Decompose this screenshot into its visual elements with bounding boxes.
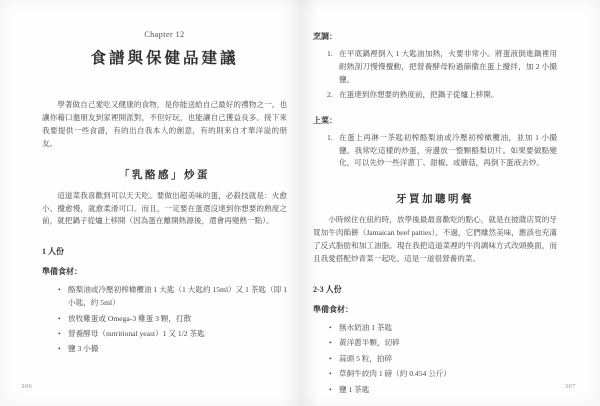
step-text: 在蛋上再淋一茶匙初榨酪梨油或冷壓初榨橄欖油，並加 1 小撮鹽。我常吃這樣的炒蛋，…: [339, 132, 557, 171]
ingredient-item: • 酪梨油或冷壓初榨橄欖油 1 大匙（1 大匙約 15ml）又 1 茶匙（即 1…: [58, 284, 287, 310]
servings-label: 1 人份: [42, 246, 287, 257]
left-page-content: Chapter 12 食譜與保健品建議 學著做自己愛吃又健康的食物，是你能送給自…: [0, 30, 300, 356]
ingredient-text: 草飼牛絞肉 1 磅（約 0.454 公斤）: [339, 368, 557, 381]
serving-steps-list: 1. 在蛋上再淋一茶匙初榨酪梨油或冷壓初榨橄欖油，並加 1 小撮鹽。我常吃這樣的…: [313, 132, 557, 171]
ingredient-text: 蒜頭 5 粒，拍碎: [339, 353, 557, 366]
step-number: 1.: [327, 48, 339, 87]
bullet-icon: •: [329, 337, 339, 350]
chapter-title: 食譜與保健品建議: [42, 46, 287, 68]
bullet-icon: •: [329, 353, 339, 366]
ingredient-text: 酪梨油或冷壓初榨橄欖油 1 大匙（1 大匙約 15ml）又 1 茶匙（即 1 小…: [68, 284, 287, 310]
bullet-icon: •: [58, 328, 68, 341]
recipe-title-jamaican-meal: 牙買加聰明餐: [313, 191, 557, 206]
ingredient-item: • 營養酵母（nutritional yeast）1 又 1/2 茶匙: [58, 328, 287, 341]
serving-heading: 上菜：: [313, 115, 557, 126]
page-number-right: 307: [565, 383, 576, 390]
ingredients-heading: 準備食材：: [313, 304, 557, 315]
chapter-label: Chapter 12: [42, 30, 287, 39]
bullet-icon: •: [329, 368, 339, 381]
bullet-icon: •: [58, 313, 68, 326]
bullet-icon: •: [329, 322, 339, 335]
bullet-icon: •: [58, 284, 68, 310]
cooking-heading: 烹調：: [313, 31, 557, 42]
bullet-icon: •: [58, 343, 68, 356]
book-spread: Chapter 12 食譜與保健品建議 學著做自己愛吃又健康的食物，是你能送給自…: [0, 0, 600, 406]
left-page: Chapter 12 食譜與保健品建議 學著做自己愛吃又健康的食物，是你能送給自…: [0, 0, 300, 406]
recipe-description: 這道菜我喜歡到可以天天吃。要做出超美味的蛋，必殺技就是：火愈小、攪愈慢，就愈柔滑…: [42, 190, 287, 229]
step-number: 2.: [327, 89, 339, 102]
ingredient-item: • 無水奶油 1 茶匙: [329, 322, 557, 335]
cooking-step: 1. 在平底鍋裡倒入 1 大匙油加熱，火要非常小。將蛋液倒進鍋裡用耐熱刮刀慢慢攪…: [327, 48, 557, 87]
ingredient-item: • 鹽 3 小撮: [58, 343, 287, 356]
cooking-steps-list: 1. 在平底鍋裡倒入 1 大匙油加熱，火要非常小。將蛋液倒進鍋裡用耐熱刮刀慢慢攪…: [313, 48, 557, 102]
ingredient-item: • 鹽 1 茶匙: [329, 384, 557, 397]
chapter-intro-paragraph: 學著做自己愛吃又健康的食物，是你能送給自己最好的禮物之一。也讓你藉口邀朋友到家裡…: [42, 99, 287, 151]
ingredient-item: • 蒜頭 5 粒，拍碎: [329, 353, 557, 366]
ingredient-item: • 草飼牛絞肉 1 磅（約 0.454 公斤）: [329, 368, 557, 381]
serving-step: 1. 在蛋上再淋一茶匙初榨酪梨油或冷壓初榨橄欖油，並加 1 小撮鹽。我常吃這樣的…: [327, 132, 557, 171]
right-page-content: 烹調： 1. 在平底鍋裡倒入 1 大匙油加熱，火要非常小。將蛋液倒進鍋裡用耐熱刮…: [300, 31, 600, 397]
cooking-step: 2. 在蛋達到你想要的熟度前，把鍋子從爐上移開。: [327, 89, 557, 102]
step-number: 1.: [327, 132, 339, 171]
ingredient-text: 營養酵母（nutritional yeast）1 又 1/2 茶匙: [68, 328, 287, 341]
ingredient-item: • 黃洋蔥半顆，切碎: [329, 337, 557, 350]
recipe-title-scrambled-eggs: 「乳酪感」炒蛋: [42, 167, 287, 182]
right-page: 烹調： 1. 在平底鍋裡倒入 1 大匙油加熱，火要非常小。將蛋液倒進鍋裡用耐熱刮…: [300, 0, 600, 406]
ingredients-heading: 準備食材：: [42, 266, 287, 277]
ingredients-list: • 無水奶油 1 茶匙 • 黃洋蔥半顆，切碎 • 蒜頭 5 粒，拍碎 • 草飼牛…: [313, 322, 557, 397]
recipe-description: 小時候住在紐約時，放學後最最喜歡吃的點心，就是在披薩店買的牙買加牛肉餡餅（Jam…: [313, 214, 557, 266]
ingredient-text: 鹽 3 小撮: [68, 343, 287, 356]
step-text: 在平底鍋裡倒入 1 大匙油加熱，火要非常小。將蛋液倒進鍋裡用耐熱刮刀慢慢攪動，把…: [339, 48, 557, 87]
ingredients-list: • 酪梨油或冷壓初榨橄欖油 1 大匙（1 大匙約 15ml）又 1 茶匙（即 1…: [42, 284, 287, 356]
ingredient-text: 黃洋蔥半顆，切碎: [339, 337, 557, 350]
step-text: 在蛋達到你想要的熟度前，把鍋子從爐上移開。: [339, 89, 557, 102]
bullet-icon: •: [329, 384, 339, 397]
ingredient-text: 無水奶油 1 茶匙: [339, 322, 557, 335]
page-number-left: 306: [21, 383, 32, 390]
ingredient-text: 放牧雞蛋或 Omega-3 雞蛋 3 顆，打散: [68, 313, 287, 326]
servings-label: 2-3 人份: [313, 284, 557, 295]
ingredient-text: 鹽 1 茶匙: [339, 384, 557, 397]
ingredient-item: • 放牧雞蛋或 Omega-3 雞蛋 3 顆，打散: [58, 313, 287, 326]
